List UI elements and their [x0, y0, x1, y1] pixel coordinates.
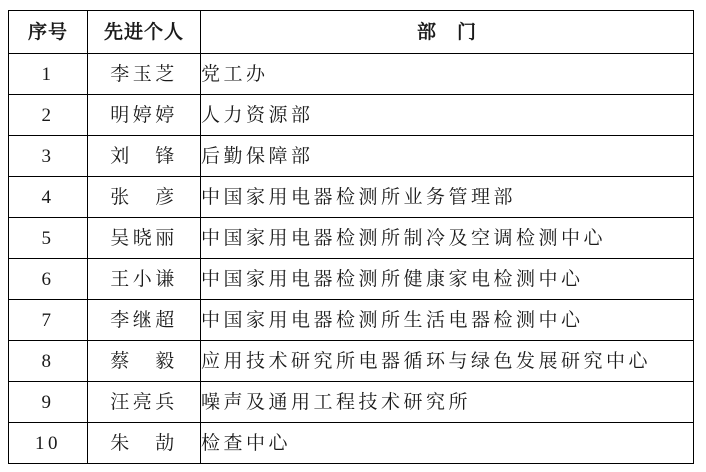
person-name: 李继超: [88, 300, 201, 341]
row-number: 5: [9, 218, 88, 259]
row-number: 10: [9, 423, 88, 464]
person-name: 朱 劼: [88, 423, 201, 464]
table-row: 6 王小谦 中国家用电器检测所健康家电检测中心: [9, 259, 694, 300]
row-number: 8: [9, 341, 88, 382]
document-page: 序号 先进个人 部 门 1 李玉芝 党工办 2 明婷婷 人力资源部 3 刘 锋 …: [0, 0, 706, 472]
row-number: 1: [9, 54, 88, 95]
department: 中国家用电器检测所生活电器检测中心: [201, 300, 694, 341]
table-row: 8 蔡 毅 应用技术研究所电器循环与绿色发展研究中心: [9, 341, 694, 382]
person-name: 王小谦: [88, 259, 201, 300]
department: 噪声及通用工程技术研究所: [201, 382, 694, 423]
table-row: 2 明婷婷 人力资源部: [9, 95, 694, 136]
person-name: 吴晓丽: [88, 218, 201, 259]
row-number: 4: [9, 177, 88, 218]
table-row: 3 刘 锋 后勤保障部: [9, 136, 694, 177]
department: 人力资源部: [201, 95, 694, 136]
department: 中国家用电器检测所业务管理部: [201, 177, 694, 218]
advanced-individuals-table: 序号 先进个人 部 门 1 李玉芝 党工办 2 明婷婷 人力资源部 3 刘 锋 …: [8, 10, 694, 464]
row-number: 6: [9, 259, 88, 300]
row-number: 3: [9, 136, 88, 177]
person-name: 刘 锋: [88, 136, 201, 177]
header-no: 序号: [9, 11, 88, 54]
department: 党工办: [201, 54, 694, 95]
department: 应用技术研究所电器循环与绿色发展研究中心: [201, 341, 694, 382]
department: 中国家用电器检测所健康家电检测中心: [201, 259, 694, 300]
person-name: 汪亮兵: [88, 382, 201, 423]
table-row: 7 李继超 中国家用电器检测所生活电器检测中心: [9, 300, 694, 341]
table-row: 4 张 彦 中国家用电器检测所业务管理部: [9, 177, 694, 218]
department: 后勤保障部: [201, 136, 694, 177]
table-row: 9 汪亮兵 噪声及通用工程技术研究所: [9, 382, 694, 423]
department: 检查中心: [201, 423, 694, 464]
row-number: 7: [9, 300, 88, 341]
person-name: 李玉芝: [88, 54, 201, 95]
table-row: 1 李玉芝 党工办: [9, 54, 694, 95]
department: 中国家用电器检测所制冷及空调检测中心: [201, 218, 694, 259]
person-name: 蔡 毅: [88, 341, 201, 382]
header-row: 序号 先进个人 部 门: [9, 11, 694, 54]
table-row: 10 朱 劼 检查中心: [9, 423, 694, 464]
person-name: 明婷婷: [88, 95, 201, 136]
header-name: 先进个人: [88, 11, 201, 54]
row-number: 2: [9, 95, 88, 136]
person-name: 张 彦: [88, 177, 201, 218]
row-number: 9: [9, 382, 88, 423]
table-row: 5 吴晓丽 中国家用电器检测所制冷及空调检测中心: [9, 218, 694, 259]
header-department: 部 门: [201, 11, 694, 54]
